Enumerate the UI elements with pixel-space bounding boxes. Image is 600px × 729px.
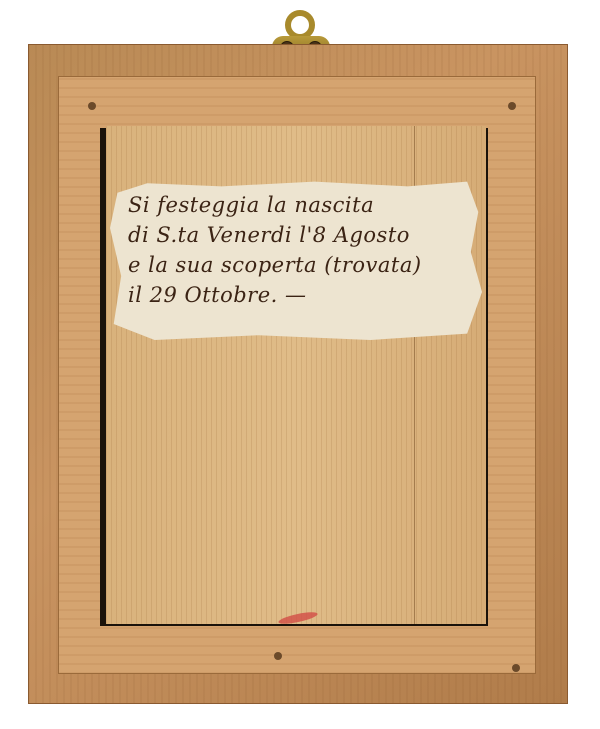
- nail-icon: [274, 652, 282, 660]
- label-line: il 29 Ottobre. —: [128, 280, 478, 310]
- nail-icon: [512, 664, 520, 672]
- label-text: Si festeggia la nascita di S.ta Venerdi …: [128, 190, 478, 310]
- label-line: di S.ta Venerdi l'8 Agosto: [128, 220, 478, 250]
- nail-icon: [508, 102, 516, 110]
- nail-icon: [88, 102, 96, 110]
- wooden-frame: [28, 44, 568, 704]
- label-line: Si festeggia la nascita: [128, 190, 478, 220]
- label-line: e la sua scoperta (trovata): [128, 250, 478, 280]
- red-stain: [278, 610, 319, 626]
